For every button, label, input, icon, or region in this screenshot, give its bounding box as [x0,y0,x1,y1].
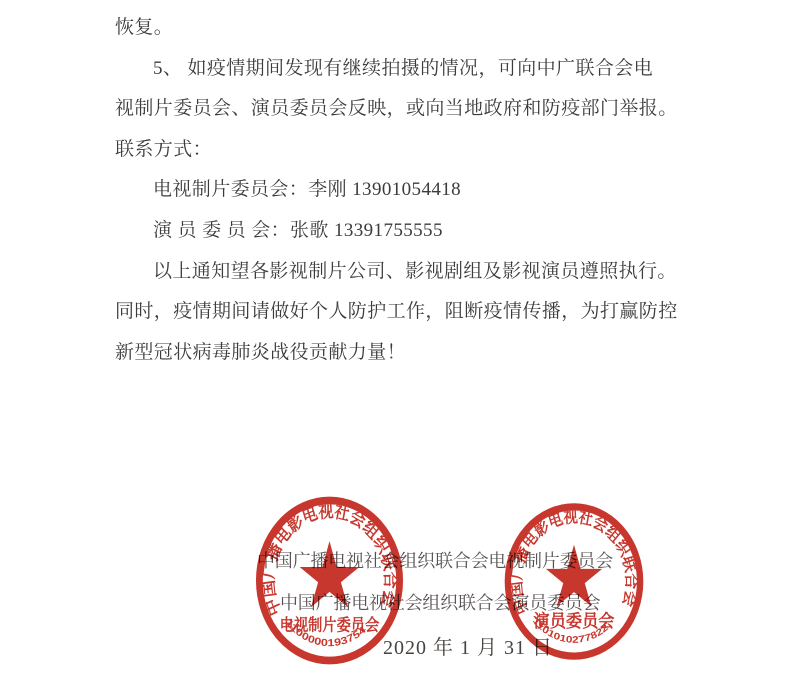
contact-line-tv-production: 电视制片委员会：李刚 13901054418 [115,170,681,211]
text-line: 联系方式： [115,130,681,171]
text-line: 以上通知望各影视制片公司、影视剧组及影视演员遵照执行。 [115,252,681,293]
seal-star-icon [300,541,360,607]
official-seal-tv-production-committee: 中国广播电影电视社会组织联合会 电视制片委员会 1100000193754 [251,491,408,670]
text-line: 同时，疫情期间请做好个人防护工作，阻断疫情传播，为打赢防控 [115,292,681,333]
document-body: 恢复。 5、 如疫情期间发现有继续拍摄的情况，可向中广联合会电 视制片委员会、演… [115,8,681,373]
seal-star-icon [546,545,602,607]
official-seal-actors-committee: 中国广播电影电视社会组织联合会 演员委员会 1101010277822 [500,498,648,665]
text-line: 新型冠状病毒肺炎战役贡献力量！ [115,333,681,374]
contact-line-actors: 演 员 委 员 会：张歌 13391755555 [115,211,681,252]
document-page: 恢复。 5、 如疫情期间发现有继续拍摄的情况，可向中广联合会电 视制片委员会、演… [0,0,793,675]
text-line: 5、 如疫情期间发现有继续拍摄的情况，可向中广联合会电 [115,49,681,90]
text-line: 恢复。 [115,8,681,49]
text-line: 视制片委员会、演员委员会反映，或向当地政府和防疫部门举报。 [115,89,681,130]
